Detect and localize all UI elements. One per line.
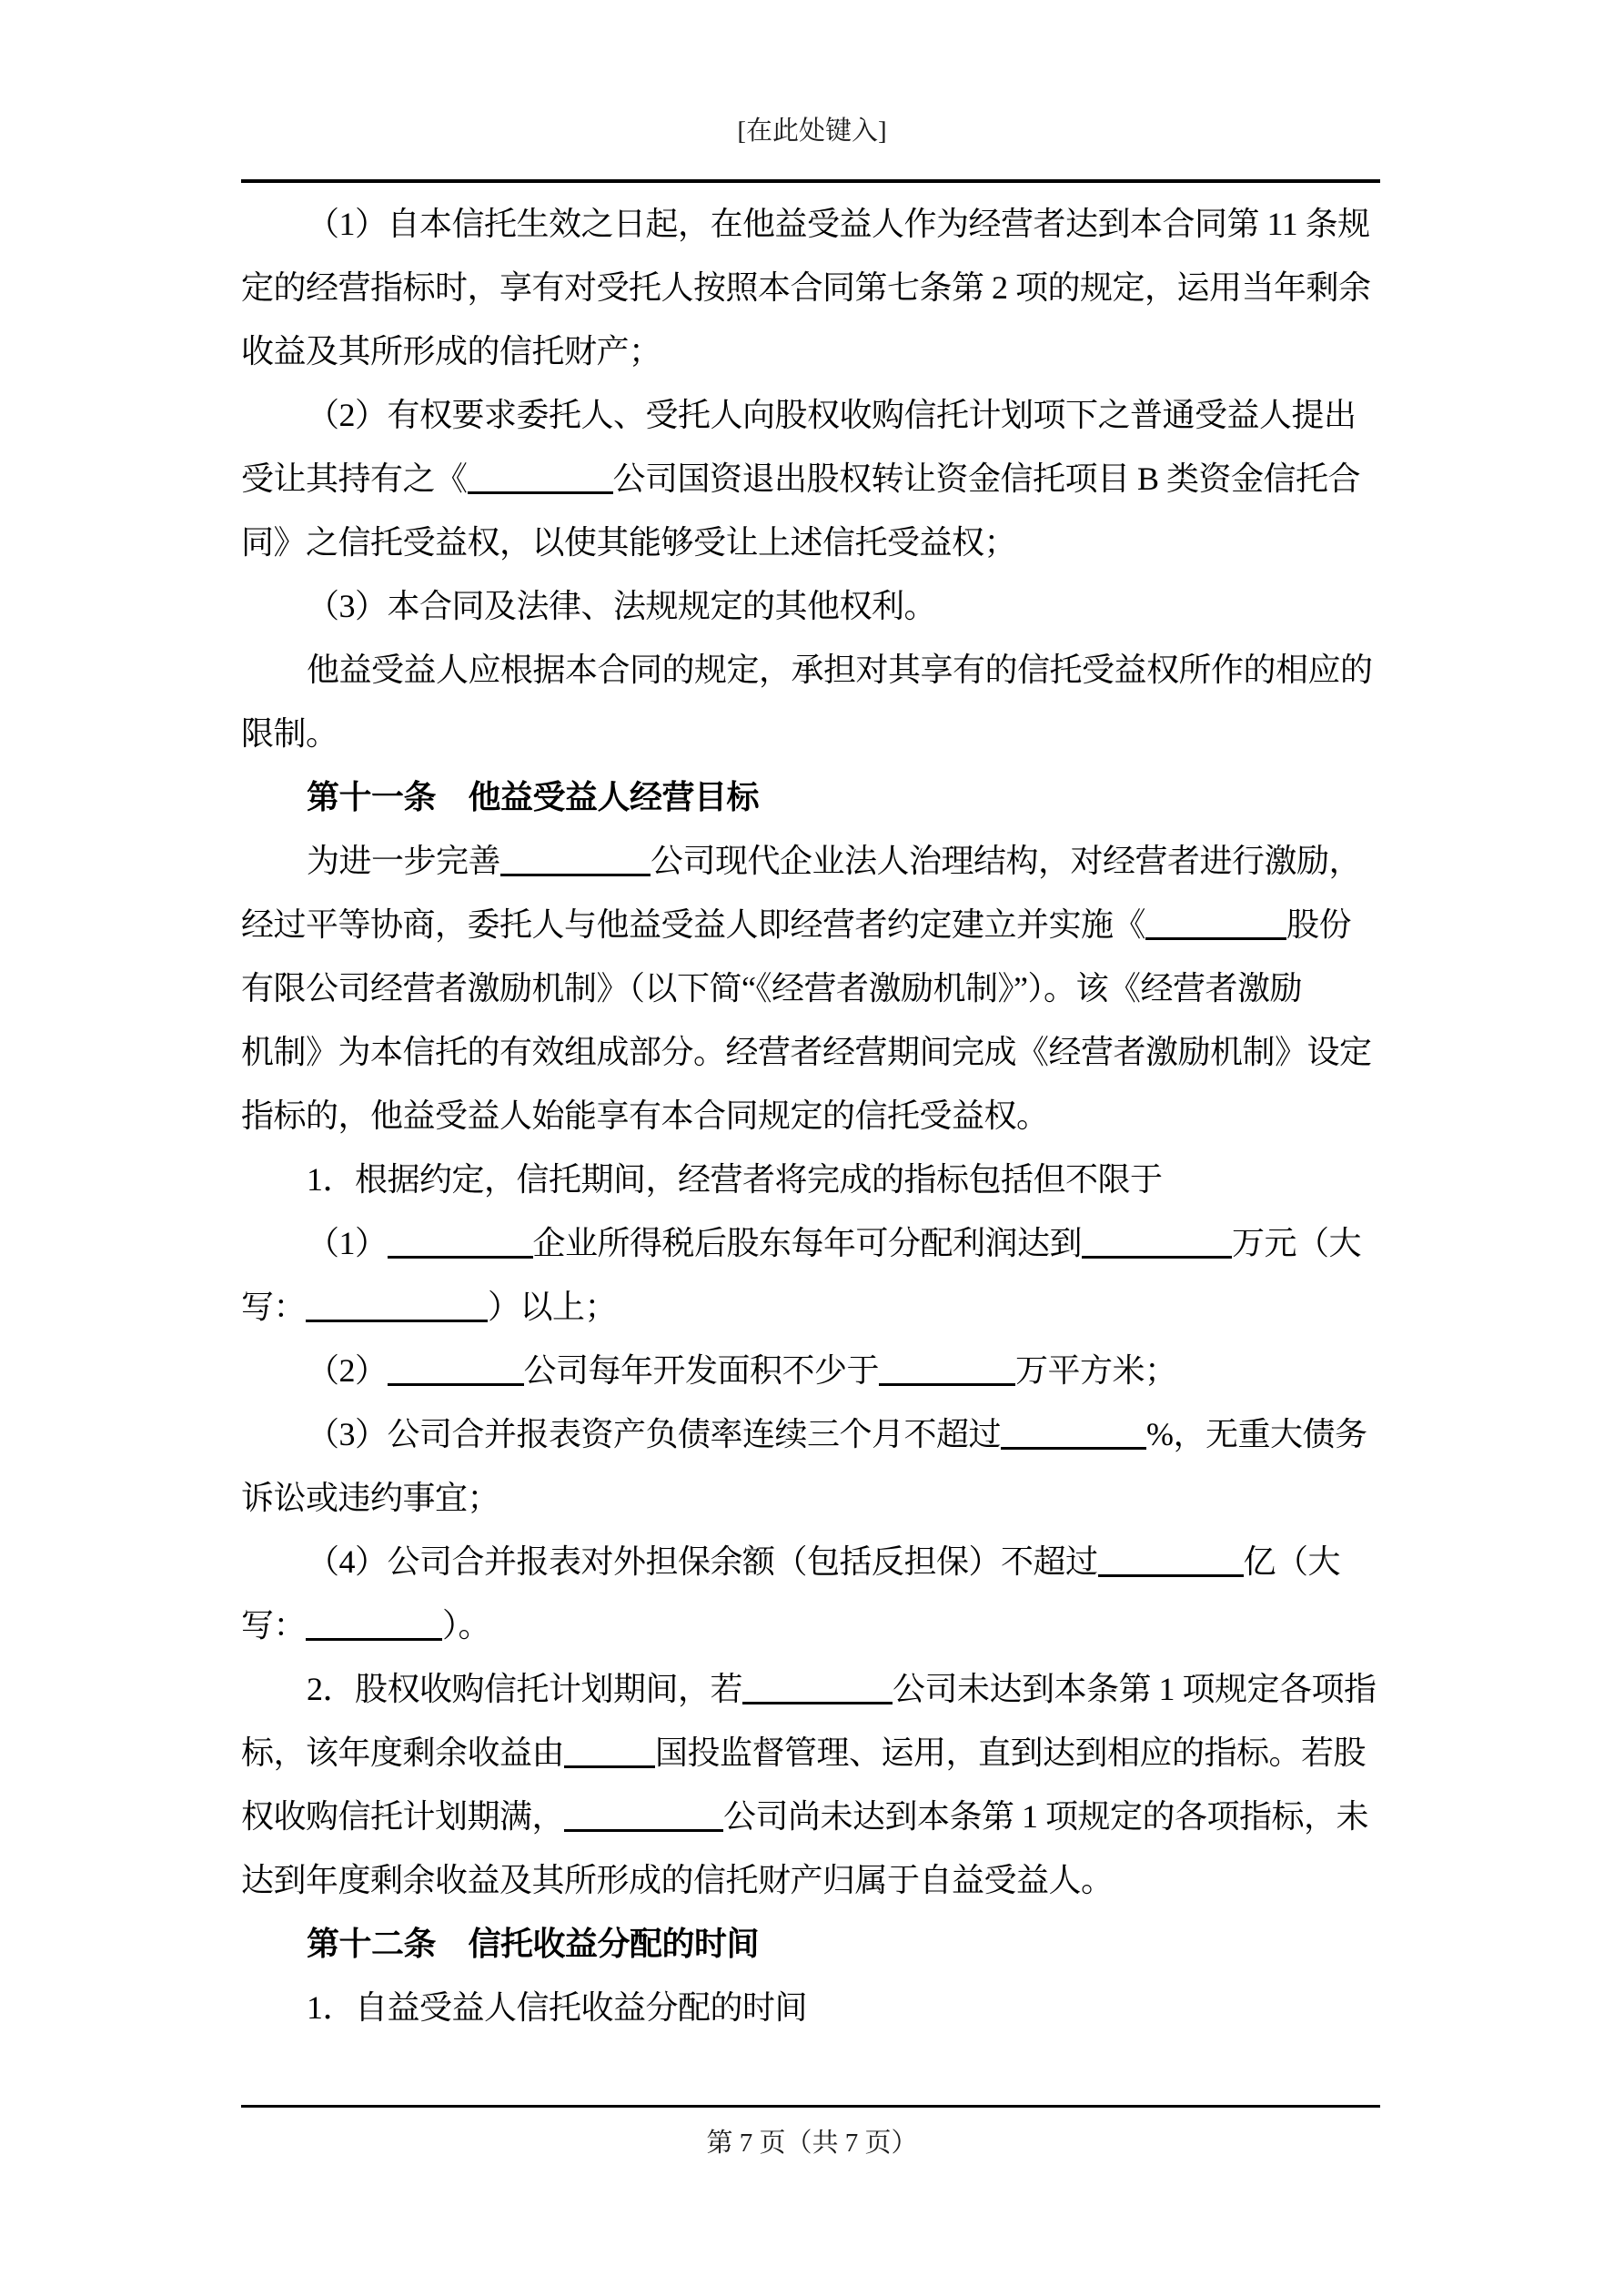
doc-line: 诉讼或违约事宜； xyxy=(241,1466,1424,1530)
doc-line: 受让其持有之《公司国资退出股权转让资金信托项目 B 类资金信托合 xyxy=(241,447,1424,511)
doc-line: 收益及其所形成的信托财产； xyxy=(241,319,1424,383)
blank-underline-field xyxy=(1082,1254,1232,1259)
text-run: 他益受益人应根据本合同的规定，承担对其享有的信托受益权所作的相应的 xyxy=(307,652,1373,688)
text-run: 公司尚未达到本条第 1 项规定的各项指标，未 xyxy=(723,1798,1368,1835)
doc-line: 2．股权收购信托计划期间，若公司未达到本条第 1 项规定各项指 xyxy=(241,1657,1424,1721)
text-run: 收益及其所形成的信托财产； xyxy=(241,333,661,369)
text-run: 有限公司经营者激励机制》（以下简“《经营者激励机制》”）。该《经营者激励 xyxy=(241,970,1302,1006)
text-run: 1．自益受益人信托收益分配的时间 xyxy=(307,1989,807,2026)
blank-underline-field xyxy=(388,1381,524,1386)
text-run: 权收购信托计划期满， xyxy=(241,1798,564,1835)
doc-line: 权收购信托计划期满，公司尚未达到本条第 1 项规定的各项指标，未 xyxy=(241,1785,1424,1848)
text-run: 指标的，他益受益人始能享有本合同规定的信托受益权。 xyxy=(241,1097,1049,1134)
text-run: 企业所得税后股东每年可分配利润达到 xyxy=(533,1225,1083,1261)
text-run: 1．根据约定，信托期间，经营者将完成的指标包括但不限于 xyxy=(307,1161,1163,1198)
text-run: 万元（大 xyxy=(1232,1225,1361,1261)
blank-underline-field xyxy=(564,1764,655,1768)
doc-line: （3）本合同及法律、法规规定的其他权利。 xyxy=(241,574,1424,638)
page-header-placeholder: [在此处键入] xyxy=(0,115,1624,147)
doc-line: （2）公司每年开发面积不少于万平方米； xyxy=(241,1339,1424,1402)
text-run: （3）公司合并报表资产负债率连续三个月不超过 xyxy=(307,1416,1001,1452)
blank-underline-field xyxy=(500,872,651,876)
doc-line: 写：）以上； xyxy=(241,1275,1424,1339)
text-run: 达到年度剩余收益及其所形成的信托财产归属于自益受益人。 xyxy=(241,1862,1114,1898)
footer-rule xyxy=(241,2105,1380,2108)
doc-line: 限制。 xyxy=(241,702,1424,765)
blank-underline-field xyxy=(1001,1445,1146,1450)
text-run: （3）本合同及法律、法规规定的其他权利。 xyxy=(307,588,936,624)
doc-line: 写：）。 xyxy=(241,1593,1424,1657)
doc-line: 指标的，他益受益人始能享有本合同规定的信托受益权。 xyxy=(241,1084,1424,1148)
blank-underline-field xyxy=(306,1318,488,1322)
doc-line: 有限公司经营者激励机制》（以下简“《经营者激励机制》”）。该《经营者激励 xyxy=(241,956,1424,1020)
text-run: 公司未达到本条第 1 项规定各项指 xyxy=(893,1671,1377,1707)
text-run: 机制》为本信托的有效组成部分。经营者经营期间完成《经营者激励机制》设定 xyxy=(241,1034,1372,1070)
text-run: （1）自本信托生效之日起，在他益受益人作为经营者达到本合同第 11 条规 xyxy=(307,206,1370,242)
doc-line: （1）自本信托生效之日起，在他益受益人作为经营者达到本合同第 11 条规 xyxy=(241,192,1424,256)
text-run: %，无重大债务 xyxy=(1146,1416,1367,1452)
text-run: 经过平等协商，委托人与他益受益人即经营者约定建立并实施《 xyxy=(241,906,1145,943)
footer-page-number: 第 7 页（共 7 页） xyxy=(0,2126,1624,2160)
text-run: 股份 xyxy=(1286,906,1351,943)
text-run: （1） xyxy=(307,1225,388,1261)
doc-line: （4）公司合并报表对外担保余额（包括反担保）不超过亿（大 xyxy=(241,1530,1424,1593)
section-heading: 第十一条 他益受益人经营目标 xyxy=(241,765,1424,829)
document-page: [在此处键入] （1）自本信托生效之日起，在他益受益人作为经营者达到本合同第 1… xyxy=(0,0,1624,2296)
text-run: 第十一条 他益受益人经营目标 xyxy=(307,779,759,815)
blank-underline-field xyxy=(564,1827,723,1832)
blank-underline-field xyxy=(879,1381,1015,1386)
text-run: ）以上； xyxy=(488,1289,617,1325)
text-run: 2．股权收购信托计划期间，若 xyxy=(307,1671,742,1707)
blank-underline-field xyxy=(306,1636,442,1641)
text-run: 万平方米； xyxy=(1015,1352,1177,1389)
doc-line: 达到年度剩余收益及其所形成的信托财产归属于自益受益人。 xyxy=(241,1848,1424,1912)
doc-line: 标，该年度剩余收益由国投监督管理、运用，直到达到相应的指标。若股 xyxy=(241,1721,1424,1785)
text-run: 公司每年开发面积不少于 xyxy=(524,1352,880,1389)
doc-line: （1）企业所得税后股东每年可分配利润达到万元（大 xyxy=(241,1211,1424,1275)
text-run: 定的经营指标时，享有对受托人按照本合同第七条第 2 项的规定，运用当年剩余 xyxy=(241,269,1371,306)
doc-line: 机制》为本信托的有效组成部分。经营者经营期间完成《经营者激励机制》设定 xyxy=(241,1020,1424,1084)
text-run: 限制。 xyxy=(241,715,338,752)
doc-line: 同》之信托受益权，以使其能够受让上述信托受益权； xyxy=(241,511,1424,574)
text-run: ）。 xyxy=(442,1607,490,1644)
document-body: （1）自本信托生效之日起，在他益受益人作为经营者达到本合同第 11 条规定的经营… xyxy=(241,192,1424,2039)
text-run: （4）公司合并报表对外担保余额（包括反担保）不超过 xyxy=(307,1543,1098,1580)
doc-line: 他益受益人应根据本合同的规定，承担对其享有的信托受益权所作的相应的 xyxy=(241,638,1424,702)
text-run: 标，该年度剩余收益由 xyxy=(241,1735,564,1771)
doc-line: （3）公司合并报表资产负债率连续三个月不超过%，无重大债务 xyxy=(241,1402,1424,1466)
text-run: 写： xyxy=(241,1289,306,1325)
doc-line: 为进一步完善公司现代企业法人治理结构，对经营者进行激励， xyxy=(241,829,1424,893)
text-run: 亿（大 xyxy=(1244,1543,1341,1580)
doc-line: 1．自益受益人信托收益分配的时间 xyxy=(241,1976,1424,2039)
text-run: 国投监督管理、运用，直到达到相应的指标。若股 xyxy=(655,1735,1366,1771)
section-heading: 第十二条 信托收益分配的时间 xyxy=(241,1912,1424,1976)
text-run: 第十二条 信托收益分配的时间 xyxy=(307,1926,759,1962)
doc-line: 1．根据约定，信托期间，经营者将完成的指标包括但不限于 xyxy=(241,1148,1424,1211)
text-run: （2） xyxy=(307,1352,388,1389)
blank-underline-field xyxy=(468,490,613,494)
doc-line: 定的经营指标时，享有对受托人按照本合同第七条第 2 项的规定，运用当年剩余 xyxy=(241,256,1424,319)
text-run: 为进一步完善 xyxy=(307,843,500,879)
text-run: （2）有权要求委托人、受托人向股权收购信托计划项下之普通受益人提出 xyxy=(307,397,1357,433)
blank-underline-field xyxy=(1098,1573,1244,1577)
text-run: 受让其持有之《 xyxy=(241,460,468,497)
doc-line: 经过平等协商，委托人与他益受益人即经营者约定建立并实施《股份 xyxy=(241,893,1424,956)
text-run: 写： xyxy=(241,1607,306,1644)
text-run: 公司现代企业法人治理结构，对经营者进行激励， xyxy=(651,843,1361,879)
blank-underline-field xyxy=(1145,936,1286,940)
blank-underline-field xyxy=(742,1700,893,1704)
text-run: 诉讼或违约事宜； xyxy=(241,1480,499,1516)
blank-underline-field xyxy=(388,1254,533,1259)
doc-line: （2）有权要求委托人、受托人向股权收购信托计划项下之普通受益人提出 xyxy=(241,383,1424,447)
text-run: 公司国资退出股权转让资金信托项目 B 类资金信托合 xyxy=(613,460,1361,497)
header-rule xyxy=(241,179,1380,183)
text-run: 同》之信托受益权，以使其能够受让上述信托受益权； xyxy=(241,524,1016,561)
